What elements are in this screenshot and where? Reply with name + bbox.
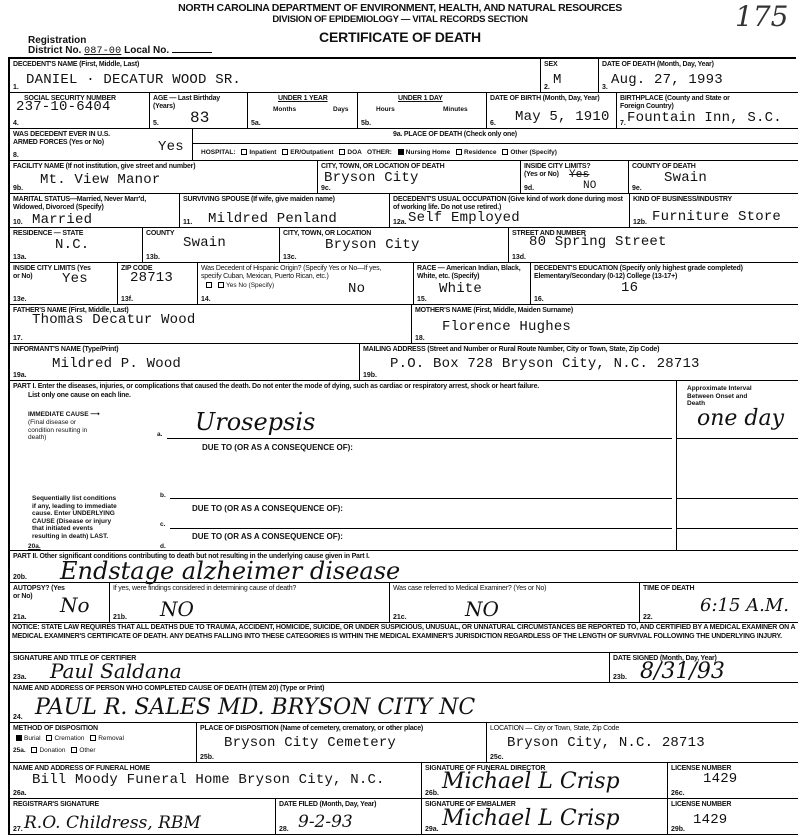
burial-checkbox[interactable] xyxy=(16,735,22,741)
completed-by-value: PAUL R. SALES MD. BRYSON CITY NC xyxy=(35,695,475,720)
hispanic-field: Was Decedent of Hispanic Origin? (Specif… xyxy=(198,263,414,304)
item-number: 9b. xyxy=(13,185,23,192)
mother-label: MOTHER'S NAME (First, Middle, Maiden Sur… xyxy=(415,307,573,315)
inpatient-checkbox[interactable] xyxy=(241,149,247,155)
item-number: 18. xyxy=(415,335,425,342)
business-label: KIND OF BUSINESS/INDUSTRY xyxy=(633,196,732,204)
item-number: 5a. xyxy=(251,120,261,127)
hispanic-checkboxes: Yes No (Specify) xyxy=(202,282,274,290)
place-of-death-field: 9a. PLACE OF DEATH (Check only one) HOSP… xyxy=(193,129,798,160)
item-number: 7. xyxy=(620,120,626,127)
hispanic-value: No xyxy=(348,281,365,297)
spouse-value: Mildred Penland xyxy=(208,211,337,227)
item-number: 25c. xyxy=(490,754,504,761)
marital-status-value: Married xyxy=(32,212,92,228)
other-label: OTHER: xyxy=(367,149,392,156)
item-number: 14. xyxy=(201,296,211,303)
item-number: 13f. xyxy=(121,296,133,303)
item-number: 3. xyxy=(602,84,608,91)
due-to-label-a: DUE TO (OR AS A CONSEQUENCE OF): xyxy=(202,443,353,452)
row-certifier: SIGNATURE AND TITLE OF CERTIFIER Paul Sa… xyxy=(10,653,798,683)
doa-checkbox[interactable] xyxy=(339,149,345,155)
line-c-letter: c. xyxy=(160,521,165,529)
birthplace-label: BIRTHPLACE (County and State or Foreign … xyxy=(620,95,755,110)
under-1-year-label: UNDER 1 YEAR xyxy=(278,95,328,103)
item-number: 25b. xyxy=(200,754,214,761)
marital-status-field: MARITAL STATUS—Married, Never Marr'd, Wi… xyxy=(10,194,180,227)
business-value: Furniture Store xyxy=(652,209,781,225)
item-number: 17. xyxy=(13,335,23,342)
disposition-methods-row1: Burial Cremation Removal xyxy=(12,735,124,743)
nursing-home-checkbox[interactable] xyxy=(398,149,404,155)
line-c-rule xyxy=(170,528,672,529)
er-outpatient-checkbox[interactable] xyxy=(282,149,288,155)
certifier-signature-value: Paul Saldana xyxy=(50,659,182,683)
inpatient-option: Inpatient xyxy=(249,149,276,156)
item-number: 16. xyxy=(534,296,544,303)
row-autopsy: AUTOPSY? (Yes or No) No 21a. If yes, wer… xyxy=(10,583,798,623)
cremation-checkbox[interactable] xyxy=(46,735,52,741)
residence-checkbox[interactable] xyxy=(456,149,462,155)
certificate-form: DECEDENT'S NAME (First, Middle, Last) DA… xyxy=(8,57,796,835)
item-number: 13c. xyxy=(283,254,297,261)
item-number: 10. xyxy=(13,219,23,226)
due-to-label-c: DUE TO (OR AS A CONSEQUENCE OF): xyxy=(192,532,343,541)
item-number: 29a. xyxy=(425,826,439,833)
division-heading: DIVISION OF EPIDEMIOLOGY — VITAL RECORDS… xyxy=(0,14,800,25)
row-armed-forces: WAS DECEDENT EVER IN U.S. ARMED FORCES (… xyxy=(10,129,798,161)
hours-label: Hours xyxy=(376,106,395,113)
mother-value: Florence Hughes xyxy=(442,319,571,335)
sex-field: SEX M 2. xyxy=(541,59,599,92)
embalmer-license-value: 1429 xyxy=(693,812,727,828)
date-signed-value: 8/31/93 xyxy=(640,659,725,684)
department-heading: NORTH CAROLINA DEPARTMENT OF ENVIRONMENT… xyxy=(0,2,800,14)
residence-state-field: RESIDENCE — STATE N.C. 13a. xyxy=(10,228,143,262)
mother-field: MOTHER'S NAME (First, Middle, Maiden Sur… xyxy=(412,305,798,343)
part2-value: Endstage alzheimer disease xyxy=(60,557,400,585)
medical-examiner-label: Was case referred to Medical Examiner? (… xyxy=(393,585,546,593)
mailing-address-label: MAILING ADDRESS (Street and Number or Ru… xyxy=(363,346,659,354)
disposition-method-field: METHOD OF DISPOSITION Burial Cremation R… xyxy=(10,723,197,762)
line-a-rule xyxy=(167,438,672,439)
interval-value: one day xyxy=(697,406,784,431)
decedent-name-value: DANIEL · DECATUR WOOD SR. xyxy=(26,72,241,88)
item-number: 20a. xyxy=(28,543,41,551)
disposition-methods-row2: 25a. Donation Other xyxy=(13,747,96,755)
row-registrar: REGISTRAR'S SIGNATURE R.O. Childress, RB… xyxy=(10,799,798,835)
ssn-value: 237-10-6404 xyxy=(16,99,111,115)
item-number: 1. xyxy=(13,84,19,91)
part2-conditions: PART II. Other significant conditions co… xyxy=(10,551,798,583)
race-field: RACE — American Indian, Black, White, et… xyxy=(414,263,531,304)
education-value: 16 xyxy=(621,280,638,296)
education-label: DECEDENT'S EDUCATION (Specify only highe… xyxy=(534,265,796,280)
director-license-value: 1429 xyxy=(703,771,737,787)
disposition-place-field: PLACE OF DISPOSITION (Name of cemetery, … xyxy=(197,723,487,762)
funeral-home-field: NAME AND ADDRESS OF FUNERAL HOME Bill Mo… xyxy=(10,763,422,798)
disposition-place-value: Bryson City Cemetery xyxy=(224,735,396,751)
hospital-label: HOSPITAL: xyxy=(201,149,236,156)
occupation-label: DECEDENT'S USUAL OCCUPATION (Give kind o… xyxy=(393,196,628,211)
doa-option: DOA xyxy=(347,149,361,156)
cremation-option: Cremation xyxy=(54,735,84,742)
days-label: Days xyxy=(333,106,349,113)
other-specify-option: Other (Specify) xyxy=(510,149,557,156)
other-disposition-option: Other xyxy=(79,747,95,754)
item-number: 9d. xyxy=(524,185,534,192)
immediate-cause-label: IMMEDIATE CAUSE xyxy=(28,411,89,418)
armed-forces-field: WAS DECEDENT EVER IN U.S. ARMED FORCES (… xyxy=(10,129,193,160)
zip-value: 28713 xyxy=(130,270,173,286)
funeral-director-field: SIGNATURE OF FUNERAL DIRECTOR Michael L … xyxy=(422,763,668,798)
item-number: 11. xyxy=(183,219,192,226)
line-a-letter: a. xyxy=(157,431,162,439)
time-of-death-label: TIME OF DEATH xyxy=(643,585,694,593)
race-value: White xyxy=(439,281,482,297)
residence-county-label: COUNTY xyxy=(146,230,174,238)
funeral-home-value: Bill Moody Funeral Home Bryson City, N.C… xyxy=(32,772,385,788)
armed-forces-label: WAS DECEDENT EVER IN U.S. ARMED FORCES (… xyxy=(13,131,123,146)
hispanic-no-checkbox[interactable] xyxy=(218,282,224,288)
item-number: 5. xyxy=(153,120,159,127)
funeral-director-signature: Michael L Crisp xyxy=(442,769,620,794)
date-filed-label: DATE FILED (Month, Day, Year) xyxy=(279,801,376,809)
part1-cause-of-death: PART I. Enter the diseases, injuries, or… xyxy=(10,381,798,551)
residence-county-field: COUNTY Swain 13b. xyxy=(143,228,280,262)
city-of-death-field: CITY, TOWN, OR LOCATION OF DEATH Bryson … xyxy=(318,161,521,193)
item-number: 19b. xyxy=(363,372,377,379)
minutes-label: Minutes xyxy=(443,106,468,113)
row-demographics: INSIDE CITY LIMITS (Yes or No) Yes 13e. … xyxy=(10,263,798,305)
medical-examiner-field: Was case referred to Medical Examiner? (… xyxy=(390,583,640,622)
sex-label: SEX xyxy=(544,61,557,69)
race-label: RACE — American Indian, Black, White, et… xyxy=(417,265,529,280)
disposition-location-field: LOCATION — City or Town, State, Zip Code… xyxy=(487,723,798,762)
registration-district: Registration District No. 087-00 Local N… xyxy=(28,36,212,57)
item-number: 12a. xyxy=(393,219,407,226)
disposition-method-label: METHOD OF DISPOSITION xyxy=(13,725,98,733)
date-of-death-field: DATE OF DEATH (Month, Day, Year) Aug. 27… xyxy=(599,59,798,92)
other-disposition-checkbox[interactable] xyxy=(71,747,77,753)
facility-field: FACILITY NAME (If not institution, give … xyxy=(10,161,318,193)
row-completed-by: NAME AND ADDRESS OF PERSON WHO COMPLETED… xyxy=(10,683,798,723)
district-label: District No. xyxy=(28,45,81,56)
part1-sub-label: List only one cause on each line. xyxy=(28,392,131,400)
mailing-address-field: MAILING ADDRESS (Street and Number or Ru… xyxy=(360,344,798,380)
item-number: 26b. xyxy=(425,790,439,797)
business-field: KIND OF BUSINESS/INDUSTRY Furniture Stor… xyxy=(630,194,798,227)
item-number: 26c. xyxy=(671,790,685,797)
hispanic-options: Yes No (Specify) xyxy=(226,282,274,289)
row-ssn: SOCIAL SECURITY NUMBER 237-10-6404 4. AG… xyxy=(10,93,798,129)
item-number: 23a. xyxy=(13,674,27,681)
registrar-signature-field: REGISTRAR'S SIGNATURE R.O. Childress, RB… xyxy=(10,799,276,834)
item-number: 24. xyxy=(13,714,23,721)
row-parents: FATHER'S NAME (First, Middle, Last) Thom… xyxy=(10,305,798,344)
date-filed-value: 9-2-93 xyxy=(298,812,353,832)
row-disposition: METHOD OF DISPOSITION Burial Cremation R… xyxy=(10,723,798,763)
hispanic-yes-checkbox[interactable] xyxy=(206,282,212,288)
certifier-signature-field: SIGNATURE AND TITLE OF CERTIFIER Paul Sa… xyxy=(10,653,610,682)
row-residence: RESIDENCE — STATE N.C. 13a. COUNTY Swain… xyxy=(10,228,798,263)
er-outpatient-option: ER/Outpatient xyxy=(290,149,333,156)
findings-label: If yes, were findings considered in dete… xyxy=(113,585,296,593)
mailing-address-value: P.O. Box 728 Bryson City, N.C. 28713 xyxy=(390,356,700,372)
dob-value: May 5, 1910 xyxy=(515,109,610,125)
item-number: 5b. xyxy=(361,120,371,127)
line-b-letter: b. xyxy=(160,492,166,500)
row-facility: FACILITY NAME (If not institution, give … xyxy=(10,161,798,194)
embalmer-license-field: LICENSE NUMBER 1429 29b. xyxy=(668,799,798,834)
ssn-field: SOCIAL SECURITY NUMBER 237-10-6404 4. xyxy=(10,93,150,128)
residence-street-value: 80 Spring Street xyxy=(529,234,667,250)
item-number: 13a. xyxy=(13,254,27,261)
months-label: Months xyxy=(273,106,296,113)
notice-box: NOTICE: STATE LAW REQUIRES THAT ALL DEAT… xyxy=(10,623,798,653)
interval-rule-b xyxy=(677,498,798,499)
informant-name-label: INFORMANT'S NAME (Type/Print) xyxy=(13,346,118,354)
interval-column: Approximate Interval Between Onset and D… xyxy=(677,381,798,550)
interval-label: Approximate Interval Between Onset and D… xyxy=(687,385,767,408)
item-number: 23b. xyxy=(613,674,627,681)
item-number: 21a. xyxy=(13,614,27,621)
father-field: FATHER'S NAME (First, Middle, Last) Thom… xyxy=(10,305,412,343)
immediate-cause-sublabel: (Final disease or condition resulting in… xyxy=(28,419,93,442)
local-no-label: Local No. xyxy=(124,45,169,56)
page-number: 175 xyxy=(735,0,788,33)
item-number: 13d. xyxy=(512,254,526,261)
county-of-death-field: COUNTY OF DEATH Swain 9e. xyxy=(629,161,798,193)
place-of-death-label: 9a. PLACE OF DEATH (Check only one) xyxy=(393,131,517,139)
row-informant: INFORMANT'S NAME (Type/Print) Mildred P.… xyxy=(10,344,798,381)
dob-label: DATE OF BIRTH (Month, Day, Year) xyxy=(490,95,615,103)
item-number: 12b. xyxy=(633,219,647,226)
zip-field: ZIP CODE 28713 13f. xyxy=(118,263,198,304)
residence-city-field: CITY, TOWN, OR LOCATION Bryson City 13c. xyxy=(280,228,509,262)
education-field: DECEDENT'S EDUCATION (Specify only highe… xyxy=(531,263,798,304)
burial-option: Burial xyxy=(24,735,41,742)
item-number: 9c. xyxy=(321,185,331,192)
residence-county-value: Swain xyxy=(183,235,226,251)
spouse-field: SURVIVING SPOUSE (If wife, give maiden n… xyxy=(180,194,390,227)
father-value: Thomas Decatur Wood xyxy=(32,312,195,328)
interval-rule-c xyxy=(677,528,798,529)
nursing-home-option: Nursing Home xyxy=(406,149,450,156)
item-number: 6. xyxy=(490,120,496,127)
district-value: 087-00 xyxy=(84,46,121,57)
part1-label: PART I. Enter the diseases, injuries, or… xyxy=(13,383,663,391)
inside-limits-death-field: INSIDE CITY LIMITS? (Yes or No) Yes NO 9… xyxy=(521,161,629,193)
item-number: 13b. xyxy=(146,254,160,261)
decedent-name-field: DECEDENT'S NAME (First, Middle, Last) DA… xyxy=(10,59,541,92)
age-value: 83 xyxy=(190,109,210,127)
age-label: AGE — Last Birthday (Years) xyxy=(153,95,243,110)
item-number: 2. xyxy=(544,84,550,91)
immediate-cause-label-group: IMMEDIATE CAUSE ⟶ xyxy=(28,411,100,419)
under-1-year-field: UNDER 1 YEAR Months Days 5a. xyxy=(248,93,358,128)
donation-option: Donation xyxy=(39,747,65,754)
item-number: 4. xyxy=(13,120,19,127)
item-number: 28. xyxy=(279,826,289,833)
residence-city-value: Bryson City xyxy=(325,237,420,253)
director-license-field: LICENSE NUMBER 1429 26c. xyxy=(668,763,798,798)
hispanic-label: Was Decedent of Hispanic Origin? (Specif… xyxy=(201,265,401,280)
sequential-label: Sequentially list conditions if any, lea… xyxy=(32,495,117,540)
time-of-death-field: TIME OF DEATH 6:15 A.M. 22. xyxy=(640,583,798,622)
under-1-day-label: UNDER 1 DAY xyxy=(398,95,443,103)
embalmer-signature-value: Michael L Crisp xyxy=(442,806,620,831)
findings-value: NO xyxy=(160,597,194,621)
row-name: DECEDENT'S NAME (First, Middle, Last) DA… xyxy=(10,59,798,93)
item-number: 9e. xyxy=(632,185,642,192)
due-to-label-b: DUE TO (OR AS A CONSEQUENCE OF): xyxy=(192,504,343,513)
embalmer-license-label: LICENSE NUMBER xyxy=(671,801,731,809)
item-number: 13e. xyxy=(13,296,27,303)
registrar-signature-label: REGISTRAR'S SIGNATURE xyxy=(13,801,99,809)
item-number: 15. xyxy=(417,296,427,303)
date-filed-field: DATE FILED (Month, Day, Year) 9-2-93 28. xyxy=(276,799,422,834)
marital-status-label: MARITAL STATUS—Married, Never Marr'd, Wi… xyxy=(13,196,178,211)
residence-street-field: STREET AND NUMBER 80 Spring Street 13d. xyxy=(509,228,798,262)
age-field: AGE — Last Birthday (Years) 83 5. xyxy=(150,93,248,128)
interval-rule-a xyxy=(677,438,798,439)
occupation-field: DECEDENT'S USUAL OCCUPATION (Give kind o… xyxy=(390,194,630,227)
place-of-death-options: HOSPITAL: Inpatient ER/Outpatient DOA OT… xyxy=(201,149,557,157)
residence-inside-limits-value: Yes xyxy=(62,271,88,287)
other-specify-checkbox[interactable] xyxy=(502,149,508,155)
spouse-label: SURVIVING SPOUSE (If wife, give maiden n… xyxy=(183,196,335,204)
under-1-day-field: UNDER 1 DAY Hours Minutes 5b. xyxy=(358,93,487,128)
dob-field: DATE OF BIRTH (Month, Day, Year) May 5, … xyxy=(487,93,617,128)
occupation-value: Self Employed xyxy=(408,210,520,226)
medical-examiner-notice: NOTICE: STATE LAW REQUIRES THAT ALL DEAT… xyxy=(12,623,796,641)
row-funeral-home: NAME AND ADDRESS OF FUNERAL HOME Bill Mo… xyxy=(10,763,798,799)
item-number: 26a. xyxy=(13,790,27,797)
item-number: 19a. xyxy=(13,372,27,379)
local-no-field xyxy=(172,52,212,53)
item-number: 29b. xyxy=(671,826,685,833)
informant-name-field: INFORMANT'S NAME (Type/Print) Mildred P.… xyxy=(10,344,360,380)
disposition-place-label: PLACE OF DISPOSITION (Name of cemetery, … xyxy=(200,725,480,733)
date-of-death-value: Aug. 27, 1993 xyxy=(611,72,723,88)
county-of-death-value: Swain xyxy=(664,170,707,186)
residence-state-value: N.C. xyxy=(55,237,89,253)
medical-examiner-value: NO xyxy=(465,597,499,621)
armed-forces-value: Yes xyxy=(158,139,184,155)
immediate-cause-value: Urosepsis xyxy=(195,408,315,436)
item-number: 27. xyxy=(13,826,23,833)
item-number: 20b. xyxy=(13,574,27,581)
line-d-letter: d. xyxy=(160,543,166,551)
facility-label: FACILITY NAME (If not institution, give … xyxy=(13,163,195,171)
disposition-location-label: LOCATION — City or Town, State, Zip Code xyxy=(490,725,619,733)
findings-field: If yes, were findings considered in dete… xyxy=(110,583,390,622)
line-b-rule xyxy=(170,498,672,499)
autopsy-field: AUTOPSY? (Yes or No) No 21a. xyxy=(10,583,110,622)
informant-name-value: Mildred P. Wood xyxy=(52,356,181,372)
residence-option: Residence xyxy=(464,149,497,156)
completed-by-label: NAME AND ADDRESS OF PERSON WHO COMPLETED… xyxy=(13,685,324,693)
time-of-death-value: 6:15 A.M. xyxy=(700,595,789,616)
item-number: 25a. xyxy=(13,747,26,754)
sex-value: M xyxy=(553,72,562,88)
decedent-name-label: DECEDENT'S NAME (First, Middle, Last) xyxy=(13,61,139,69)
item-number: 22. xyxy=(643,614,653,621)
city-of-death-value: Bryson City xyxy=(324,170,419,186)
birthplace-field: BIRTHPLACE (County and State or Foreign … xyxy=(617,93,798,128)
donation-checkbox[interactable] xyxy=(31,747,37,753)
row-marital: MARITAL STATUS—Married, Never Marr'd, Wi… xyxy=(10,194,798,228)
embalmer-signature-field: SIGNATURE OF EMBALMER Michael L Crisp 29… xyxy=(422,799,668,834)
removal-option: Removal xyxy=(98,735,124,742)
item-number: 21c. xyxy=(393,614,407,621)
residence-inside-limits-field: INSIDE CITY LIMITS (Yes or No) Yes 13e. xyxy=(10,263,118,304)
item-number: 8. xyxy=(13,152,19,159)
registrar-signature-value: R.O. Childress, RBM xyxy=(24,813,201,833)
date-signed-field: DATE SIGNED (Month, Day, Year) 8/31/93 2… xyxy=(610,653,798,682)
facility-value: Mt. View Manor xyxy=(40,172,160,188)
date-of-death-label: DATE OF DEATH (Month, Day, Year) xyxy=(602,61,714,69)
removal-checkbox[interactable] xyxy=(90,735,96,741)
item-number: 21b. xyxy=(113,614,127,621)
part1-causes: PART I. Enter the diseases, injuries, or… xyxy=(10,381,677,550)
autopsy-value: No xyxy=(60,593,90,617)
disposition-location-value: Bryson City, N.C. 28713 xyxy=(507,735,705,751)
inside-limits-death-value: NO xyxy=(583,180,597,192)
birthplace-value: Fountain Inn, S.C. xyxy=(627,110,782,126)
